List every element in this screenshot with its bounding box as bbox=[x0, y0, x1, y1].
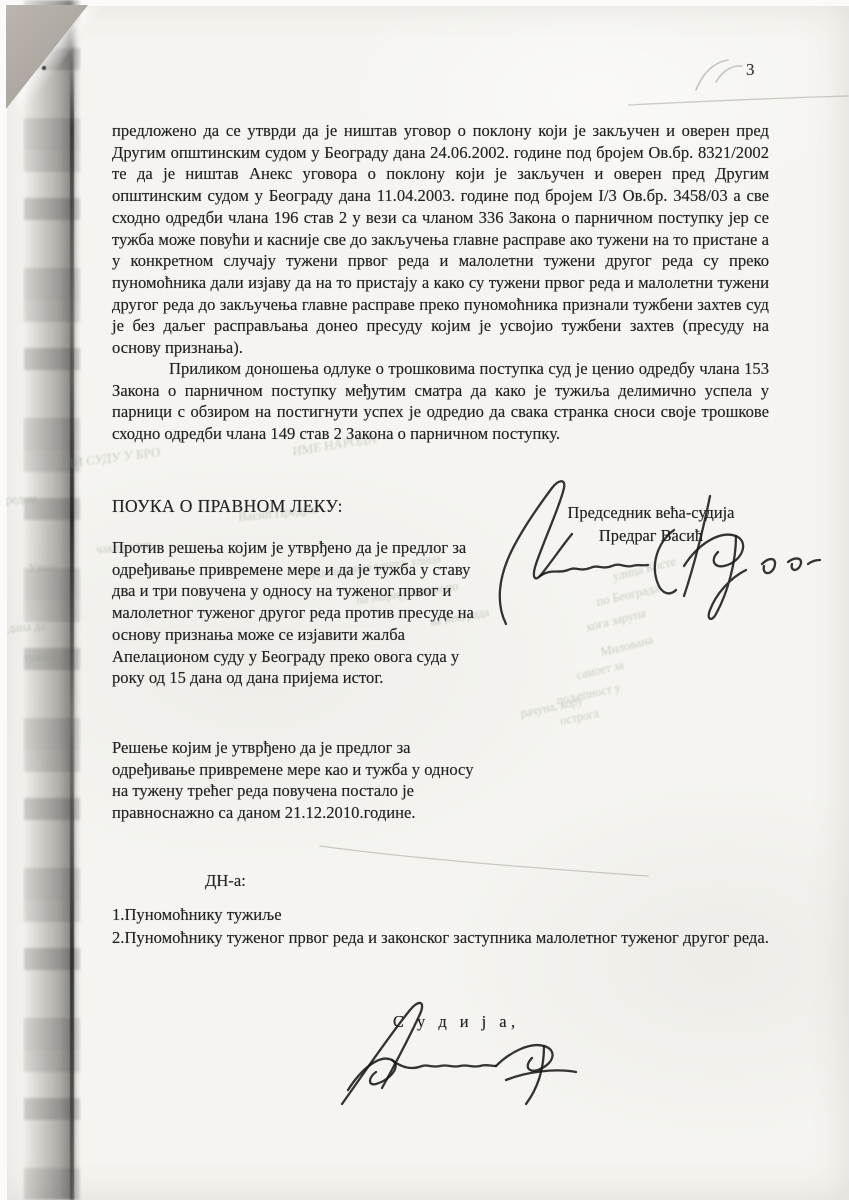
ghost-text-fragment: рачуна, кору bbox=[520, 693, 584, 721]
body-paragraph-2: Приликом доношења одлуке о трошковима по… bbox=[112, 358, 769, 445]
ghost-text-fragment: Милована bbox=[600, 633, 654, 661]
delivery-recipients: 1.Пуномоћнику тужиље 2.Пуномоћнику тужен… bbox=[112, 904, 769, 949]
fold-speck bbox=[42, 66, 46, 70]
ghost-text-fragment: пољепност у bbox=[556, 680, 621, 709]
ghost-text-fragment: самоет за bbox=[576, 658, 625, 684]
scanned-court-document-page: ЦИ СУДУ У БРОИМЕ НАРОДАВасић ПредрагС.На… bbox=[0, 0, 849, 1200]
legal-remedy-heading: ПОУКА О ПРАВНОМ ЛЕКУ: bbox=[112, 496, 343, 517]
judge-signature-bottom-scribble bbox=[328, 992, 594, 1114]
legal-remedy-paragraph-2: Решење којим је утврђено да је предлог з… bbox=[112, 737, 488, 824]
scan-edge-top bbox=[0, 0, 849, 6]
scan-artifact-line-top bbox=[628, 94, 849, 108]
scanner-shadow-line bbox=[70, 40, 74, 1200]
scan-artifact-line-mid bbox=[318, 840, 650, 882]
delivery-recipient-1: 1.Пуномоћнику тужиље bbox=[112, 904, 769, 927]
delivery-note-label: ДН-а: bbox=[205, 871, 246, 891]
legal-remedy-paragraph-1: Против решења којим је утврђено да је пр… bbox=[112, 537, 488, 689]
pencil-squiggle-mark bbox=[688, 52, 750, 98]
scan-edge-left bbox=[0, 0, 7, 1200]
judge-signature-scribble bbox=[478, 466, 823, 634]
body-paragraph-1: предложено да се утврди да је ништав уго… bbox=[112, 120, 769, 359]
ghost-text-fragment: острога bbox=[560, 706, 600, 729]
delivery-recipient-2: 2.Пуномоћнику туженог првог реда и закон… bbox=[112, 927, 769, 950]
